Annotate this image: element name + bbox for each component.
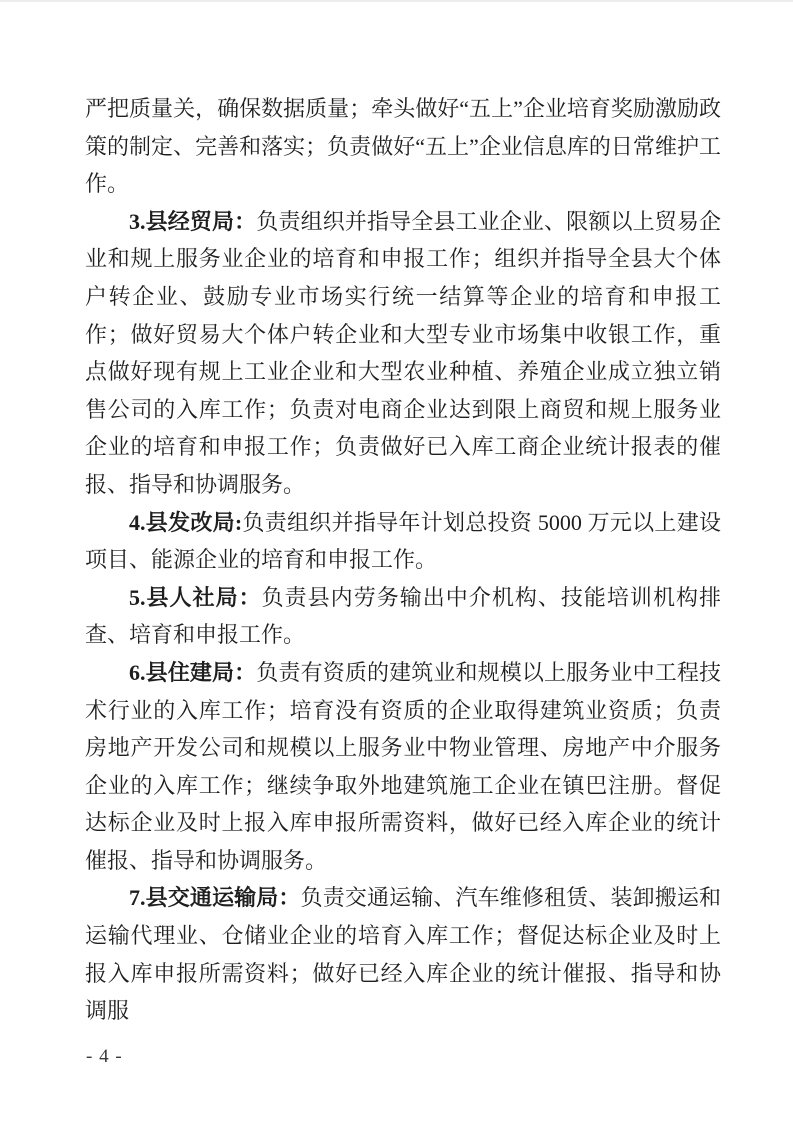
paragraph: 6.县住建局：负责有资质的建筑业和规模以上服务业中工程技术行业的入库工作；培育没…	[85, 654, 721, 880]
document-page: 严把质量关，确保数据质量；牵头做好“五上”企业培育奖励激励政策的制定、完善和落实…	[0, 0, 793, 1122]
paragraph: 5.县人社局：负责县内劳务输出中介机构、技能培训机构排查、培育和申报工作。	[85, 579, 721, 654]
paragraph-label: 4.县发改局:	[129, 510, 242, 535]
page-number: - 4 -	[86, 1044, 123, 1070]
paragraph: 4.县发改局:负责组织并指导年计划总投资 5000 万元以上建设项目、能源企业的…	[85, 504, 721, 579]
paragraph-text: 严把质量关，确保数据质量；牵头做好“五上”企业培育奖励激励政策的制定、完善和落实…	[85, 96, 721, 196]
paragraph: 3.县经贸局：负责组织并指导全县工业企业、限额以上贸易企业和规上服务业企业的培育…	[85, 203, 721, 504]
paragraph-label: 5.县人社局：	[129, 585, 262, 610]
paragraph-text: 负责有资质的建筑业和规模以上服务业中工程技术行业的入库工作；培育没有资质的企业取…	[85, 660, 721, 873]
paragraph: 严把质量关，确保数据质量；牵头做好“五上”企业培育奖励激励政策的制定、完善和落实…	[85, 90, 721, 203]
paragraph-label: 6.县住建局：	[129, 660, 256, 685]
document-body: 严把质量关，确保数据质量；牵头做好“五上”企业培育奖励激励政策的制定、完善和落实…	[85, 90, 721, 1030]
paragraph-label: 3.县经贸局：	[129, 209, 256, 234]
paragraph-text: 负责组织并指导全县工业企业、限额以上贸易企业和规上服务业企业的培育和申报工作；组…	[85, 209, 721, 497]
paragraphs: 严把质量关，确保数据质量；牵头做好“五上”企业培育奖励激励政策的制定、完善和落实…	[85, 90, 721, 1030]
paragraph-label: 7.县交通运输局：	[129, 885, 301, 910]
paragraph: 7.县交通运输局：负责交通运输、汽车维修租赁、装卸搬运和运输代理业、仓储业企业的…	[85, 879, 721, 1029]
